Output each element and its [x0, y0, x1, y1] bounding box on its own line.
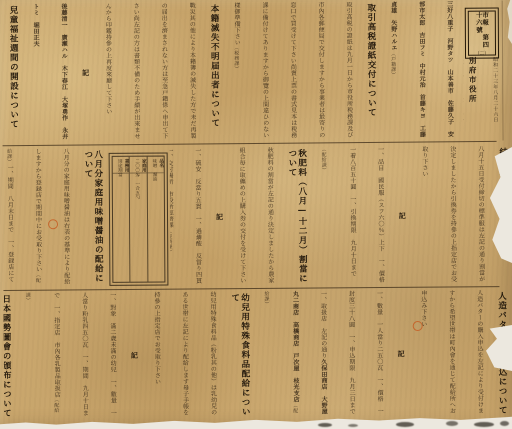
- text-band-middle-right: 結婚用洋服の貸與について八月十五日受付締切の標準服は左記の通り割當が決定しました…: [170, 145, 512, 286]
- names-list: 後藤清一 廣瀬ハル 木下春江 大塚勇作 永井トミ 堀田正夫: [32, 3, 68, 139]
- article-body: 一、數量 一人當り二五〇瓦 一、價格 一封度三十八圓 一、申込期限 九月三日まで…: [319, 290, 383, 419]
- article-headline: 秋肥料（八月—十二月）割當について: [286, 147, 306, 286]
- article-headline: 兒童福祉週間の開設について: [7, 3, 18, 142]
- article-body: 八月分の家庭用味噌醤油は右表の基準により配給しますから登録店で期間中にお受取り下…: [34, 148, 70, 284]
- section-marker: 記: [396, 146, 409, 285]
- dept-tag: （戸籍課）: [390, 51, 396, 77]
- names-list: 三好八重子 河野タツ 山本善市 佐藤久子 安部市太郎 吉田フミ 中村元治 首藤キ…: [390, 1, 454, 138]
- article: 一、期間 八月末日まで 一、登録店にて引換記: [3, 149, 20, 288]
- article-body: 人造バターの購入申込を左記により受付けますから希望世帯は町內會を通じて配給所へお…: [420, 290, 484, 414]
- article-body: 取引高税の證紙は九月一日から市役所税務課及び市內各郵便局で交付しますから事業者は…: [233, 1, 353, 138]
- table-column-header: 品名: [157, 159, 164, 173]
- issue-date: 昭和二十三年八月二十六日: [492, 57, 498, 123]
- article-body: 幼兒用特殊食料品（粉乳其の他）は乳幼兒のある世帯に左記により配給します母子手帳を…: [153, 291, 217, 415]
- circle-stamp-mark: [413, 321, 423, 331]
- table-column: 家庭用二〇〇匁 一合五勺: [129, 157, 147, 282]
- article: 人造バター購入申込について人造バターの購入申込を左記により受付けますから希望世帯…: [257, 289, 506, 419]
- section-marker: 記: [394, 290, 407, 417]
- section-marker: 記: [213, 147, 226, 286]
- article: 三好八重子 河野タツ 山本善市 佐藤久子 安部市太郎 吉田フミ 中村元治 首藤キ…: [384, 1, 460, 138]
- page-content: 市報 第四十六號 （二） 昭和二十三年八月二十六日 別府市役所 整理屆出書（公證…: [0, 0, 512, 429]
- masthead-side-column: 昭和二十三年八月二十六日 別府市役所 整理屆出書（公證認証書）届出について用紙は…: [463, 56, 510, 140]
- article-headline: 本籍滅失不明届出者について: [208, 2, 219, 141]
- dept-tag: （税務課）: [233, 46, 239, 72]
- article: 本籍滅失不明届出者について戰災其の他により本籍簿の滅失した方で未だ再製の届出を濟…: [26, 2, 246, 142]
- text-band-middle-left: 八月分家庭用味噌醤油の配給について八月分の家庭用味噌醤油は右表の基準により配給し…: [3, 148, 107, 288]
- section-marker: 記: [128, 292, 141, 419]
- scan-shadow-smudge: [348, 424, 358, 427]
- dept-tag: （配給課）: [321, 147, 327, 173]
- article-headline: 取引高税證紙交付について: [365, 1, 376, 140]
- circle-stamp-mark: [48, 219, 58, 229]
- scan-shadow-smudge: [318, 423, 332, 427]
- article-body: 一、對象 滿二歳未滿の幼兒 一、數量 一人當り粉乳四五〇瓦 一、期間 九月十日ま…: [53, 292, 117, 416]
- article: 秋肥料（八月—十二月）割當について秋肥料の割當が左記の通り決定しましたから農家組…: [170, 147, 334, 287]
- masthead-box: 市報 第四十六號 （二）: [465, 8, 499, 59]
- masthead-inner-border: 市報 第四十六號: [468, 11, 496, 56]
- dept-tag: （經濟課）: [170, 228, 173, 254]
- article: 幼兒用特殊食料品配給について幼兒用特殊食料品（粉乳其の他）は乳幼兒のある世帯に左…: [19, 291, 277, 419]
- scan-shadow-smudge: [446, 421, 458, 426]
- table-column: 業務用別途割當: [113, 157, 130, 282]
- article-body: 一、品目 國民服（スフ六〇％）上下 一、價格 一着八百五十圓 一、引換期限 九月…: [349, 146, 385, 286]
- article-body: 戰災其の他により本籍簿の滅失した方で未だ再製の届出を濟まされない方は至急戸籍係へ…: [104, 2, 196, 139]
- table-cell-value: 別途割當: [116, 159, 124, 282]
- article: 取引高税證紙交付について取引高税の證紙は九月一日から市役所税務課及び市內各郵便局…: [227, 1, 403, 140]
- publisher-name: 別府市役所: [466, 57, 480, 141]
- scan-shadow-smudge: [474, 422, 494, 427]
- text-band-bottom: 人造バター購入申込について人造バターの購入申込を左記により受付けますから希望世帯…: [3, 289, 510, 419]
- article: 日本國勢圖會の頒布について日本國勢圖會を希望者に頒布します部數に限りがありますか…: [3, 293, 37, 420]
- article-body: 一、期間 八月末日まで 一、登録店にて引換: [3, 149, 14, 282]
- ration-table: 品名味噌 醤油家庭用二〇〇匁 一合五勺業務用別途割當: [109, 153, 169, 286]
- article-body: 秋肥料の割當が左記の通り決定しましたから農家組合毎に取纏めの上購入券の交付を受け…: [238, 147, 274, 284]
- text-band-top: 三好八重子 河野タツ 山本善市 佐藤久子 安部市太郎 吉田フミ 中村元治 首藤キ…: [2, 1, 464, 143]
- article-body: 八月十五日受付締切の標準服は左記の通り割當が決定しましたから引換券を持參の上指定…: [421, 146, 485, 283]
- table-column: 品名味噌 醤油: [146, 157, 164, 282]
- scan-shadow-smudge: [396, 422, 414, 427]
- article-body: 一、硫安 反當り五貫 一、過燐酸 反當り四貫 一、交付場所 市役所經濟課: [170, 147, 202, 286]
- scanned-gazette-page: 市報 第四十六號 （二） 昭和二十三年八月二十六日 別府市役所 整理屆出書（公證…: [0, 0, 512, 429]
- article-headline: 幼兒用特殊食料品配給について: [229, 291, 249, 418]
- table-cell-value: 二〇〇匁 一合五勺: [133, 159, 141, 282]
- publication-title: 市報 第四十六號: [475, 12, 488, 55]
- article: 結婚用洋服の貸與について八月十五日受付締切の標準服は左記の通り割當が決定しました…: [315, 145, 508, 286]
- ration-table-columns: 品名味噌 醤油家庭用二〇〇匁 一合五勺業務用別途割當: [112, 156, 166, 283]
- table-cell-value: 味噌 醤油: [150, 159, 158, 282]
- article-headline: 日本國勢圖會の頒布について: [3, 293, 10, 420]
- section-marker: 記: [79, 3, 92, 142]
- scan-shadow-smudge: [500, 421, 509, 426]
- article-headline: 八月分家庭用味噌醤油の配給について: [82, 148, 102, 287]
